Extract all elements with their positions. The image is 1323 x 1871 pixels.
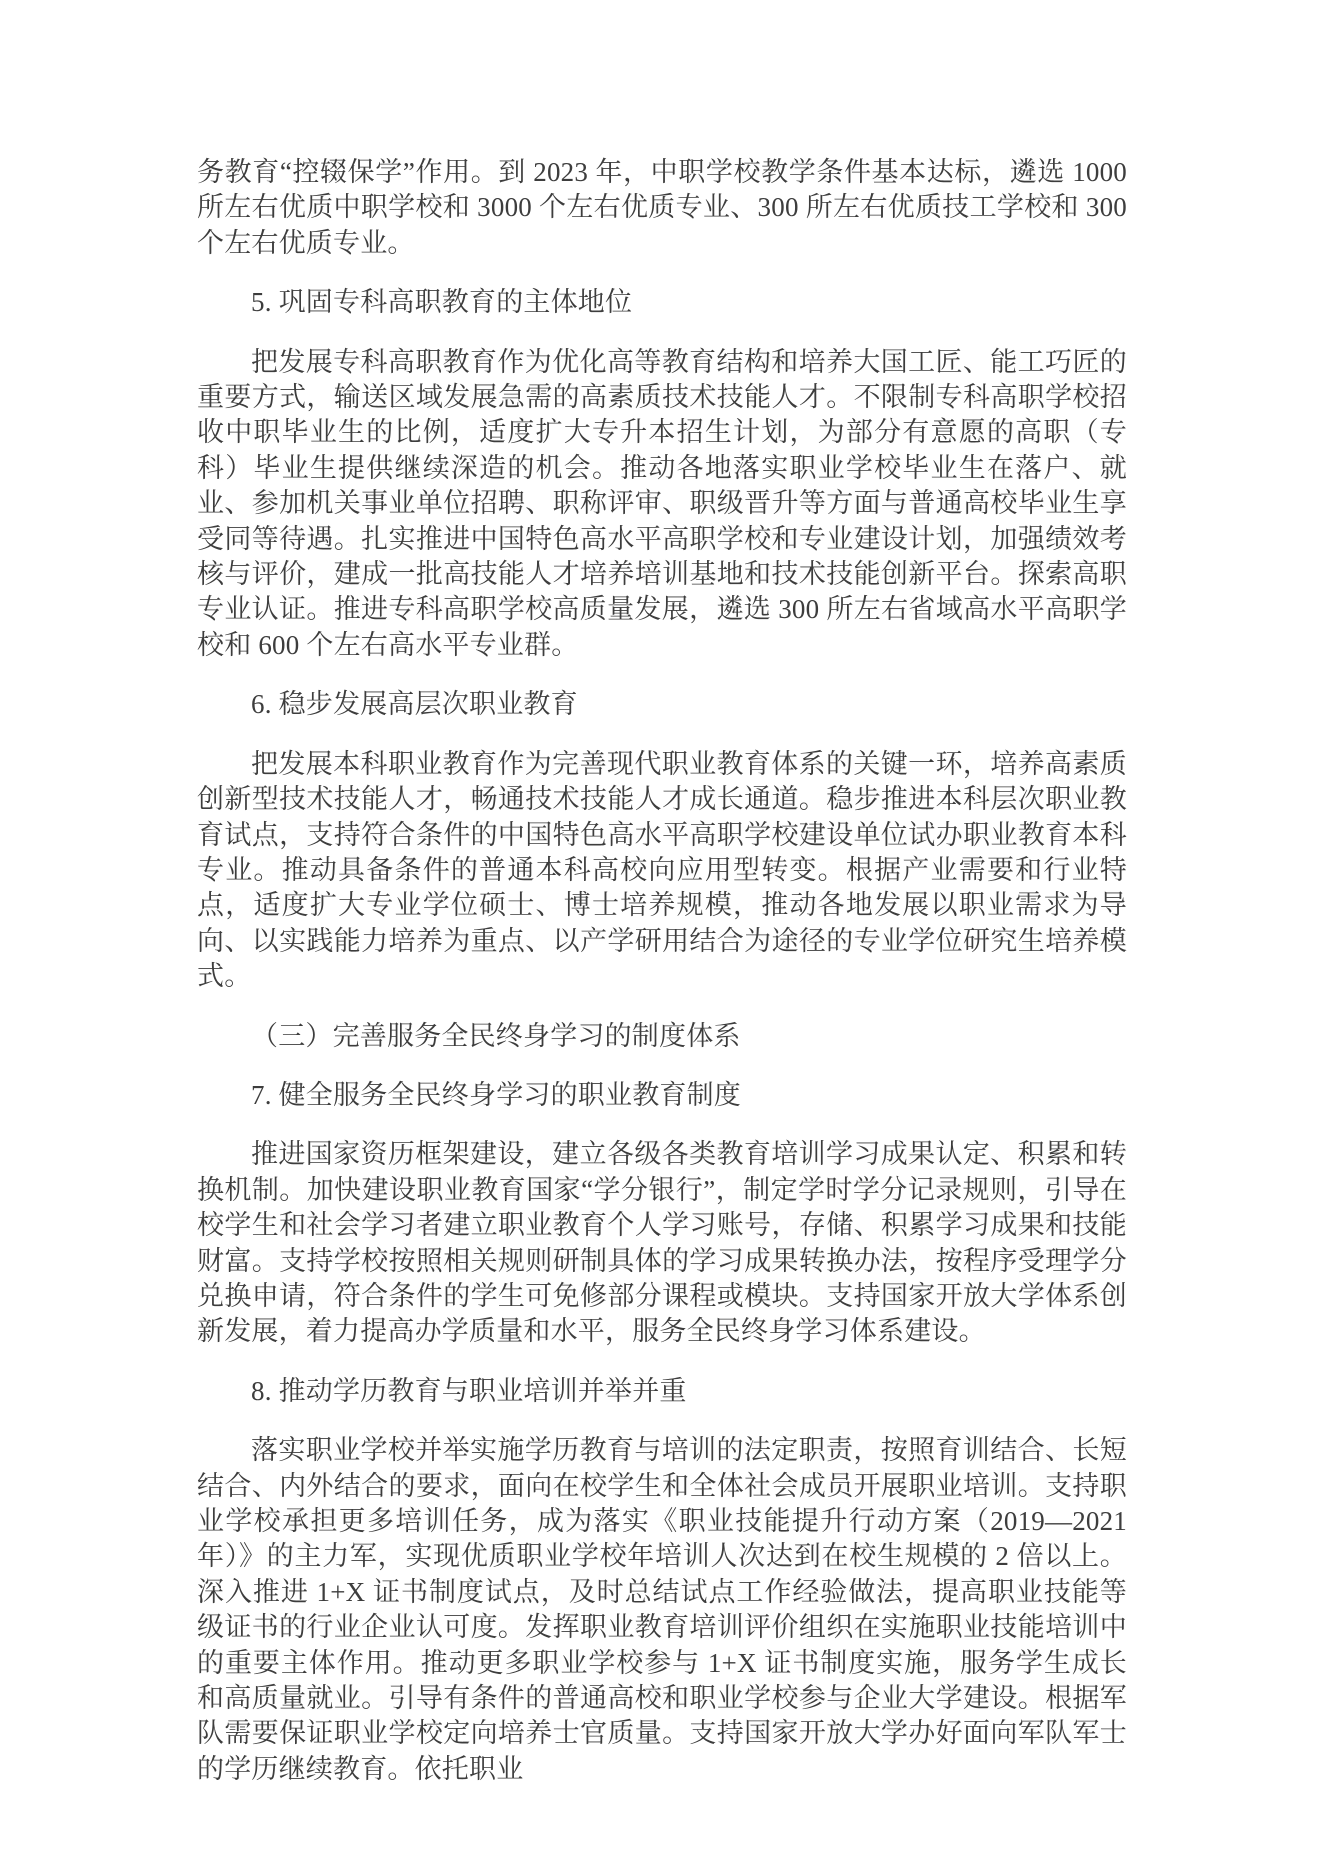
- section-heading-8: 8. 推动学历教育与职业培训并举并重: [197, 1374, 1127, 1409]
- paragraph-8: 落实职业学校并举实施学历教育与培训的法定职责，按照育训结合、长短结合、内外结合的…: [197, 1433, 1127, 1787]
- subsection-heading-3: （三）完善服务全民终身学习的制度体系: [197, 1019, 1127, 1054]
- paragraph-6: 把发展本科职业教育作为完善现代职业教育体系的关键一环，培养高素质创新型技术技能人…: [197, 747, 1127, 995]
- document-page: 务教育“控辍保学”作用。到 2023 年，中职学校教学条件基本达标，遴选 100…: [0, 0, 1323, 1871]
- section-heading-6: 6. 稳步发展高层次职业教育: [197, 687, 1127, 722]
- continued-paragraph: 务教育“控辍保学”作用。到 2023 年，中职学校教学条件基本达标，遴选 100…: [197, 155, 1127, 261]
- paragraph-7: 推进国家资历框架建设，建立各级各类教育培训学习成果认定、积累和转换机制。加快建设…: [197, 1137, 1127, 1349]
- paragraph-5: 把发展专科高职教育作为优化高等教育结构和培养大国工匠、能工巧匠的重要方式，输送区…: [197, 345, 1127, 664]
- section-heading-7: 7. 健全服务全民终身学习的职业教育制度: [197, 1078, 1127, 1113]
- section-heading-5: 5. 巩固专科高职教育的主体地位: [197, 285, 1127, 320]
- document-content: 务教育“控辍保学”作用。到 2023 年，中职学校教学条件基本达标，遴选 100…: [197, 155, 1127, 1811]
